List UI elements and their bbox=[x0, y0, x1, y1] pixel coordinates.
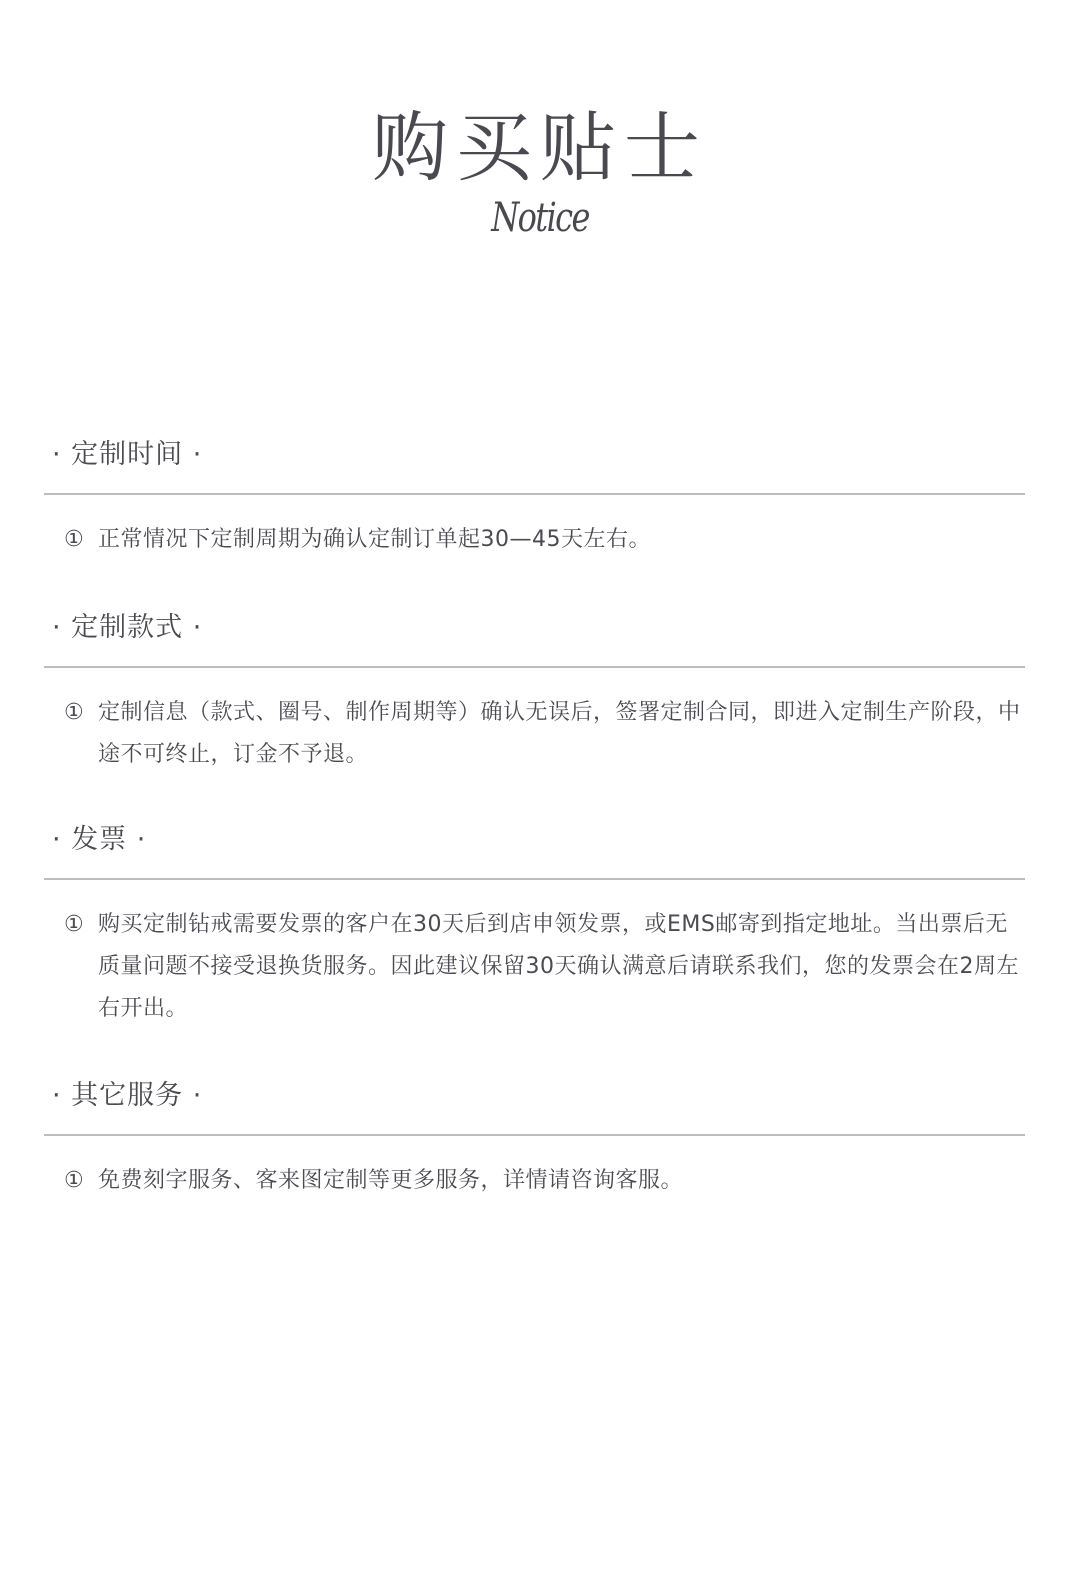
list-item: ① 正常情况下定制周期为确认定制订单起30—45天左右。 bbox=[44, 519, 1025, 561]
section-customization-style: · 定制款式 · ① 定制信息（款式、圈号、制作周期等）确认无误后，签署定制合同… bbox=[44, 608, 1025, 776]
list-item: ① 定制信息（款式、圈号、制作周期等）确认无误后，签署定制合同，即进入定制生产阶… bbox=[44, 692, 1025, 776]
section-divider bbox=[44, 666, 1025, 668]
item-marker: ① bbox=[64, 692, 98, 776]
item-text: 免费刻字服务、客来图定制等更多服务，详情请咨询客服。 bbox=[98, 1160, 1025, 1202]
list-item: ① 免费刻字服务、客来图定制等更多服务，详情请咨询客服。 bbox=[44, 1160, 1025, 1202]
section-invoice: · 发票 · ① 购买定制钻戒需要发票的客户在30天后到店申领发票，或EMS邮寄… bbox=[44, 820, 1025, 1030]
section-divider bbox=[44, 1134, 1025, 1136]
item-marker: ① bbox=[64, 519, 98, 561]
list-item: ① 购买定制钻戒需要发票的客户在30天后到店申领发票，或EMS邮寄到指定地址。当… bbox=[44, 904, 1025, 1030]
item-text: 正常情况下定制周期为确认定制订单起30—45天左右。 bbox=[98, 519, 1025, 561]
section-divider bbox=[44, 878, 1025, 880]
page-header: 购买贴士 Notice bbox=[0, 100, 1080, 238]
item-marker: ① bbox=[64, 1160, 98, 1202]
section-title: · 其它服务 · bbox=[44, 1076, 1025, 1116]
item-text: 购买定制钻戒需要发票的客户在30天后到店申领发票，或EMS邮寄到指定地址。当出票… bbox=[98, 904, 1025, 1030]
section-title: · 定制时间 · bbox=[44, 435, 1025, 475]
section-divider bbox=[44, 493, 1025, 495]
section-other-services: · 其它服务 · ① 免费刻字服务、客来图定制等更多服务，详情请咨询客服。 bbox=[44, 1076, 1025, 1202]
section-customization-time: · 定制时间 · ① 正常情况下定制周期为确认定制订单起30—45天左右。 bbox=[44, 435, 1025, 561]
page-subtitle: Notice bbox=[491, 198, 589, 238]
section-title: · 发票 · bbox=[44, 820, 1025, 860]
section-title: · 定制款式 · bbox=[44, 608, 1025, 648]
item-marker: ① bbox=[64, 904, 98, 1030]
page-title: 购买贴士 bbox=[0, 100, 1080, 196]
item-text: 定制信息（款式、圈号、制作周期等）确认无误后，签署定制合同，即进入定制生产阶段，… bbox=[98, 692, 1025, 776]
